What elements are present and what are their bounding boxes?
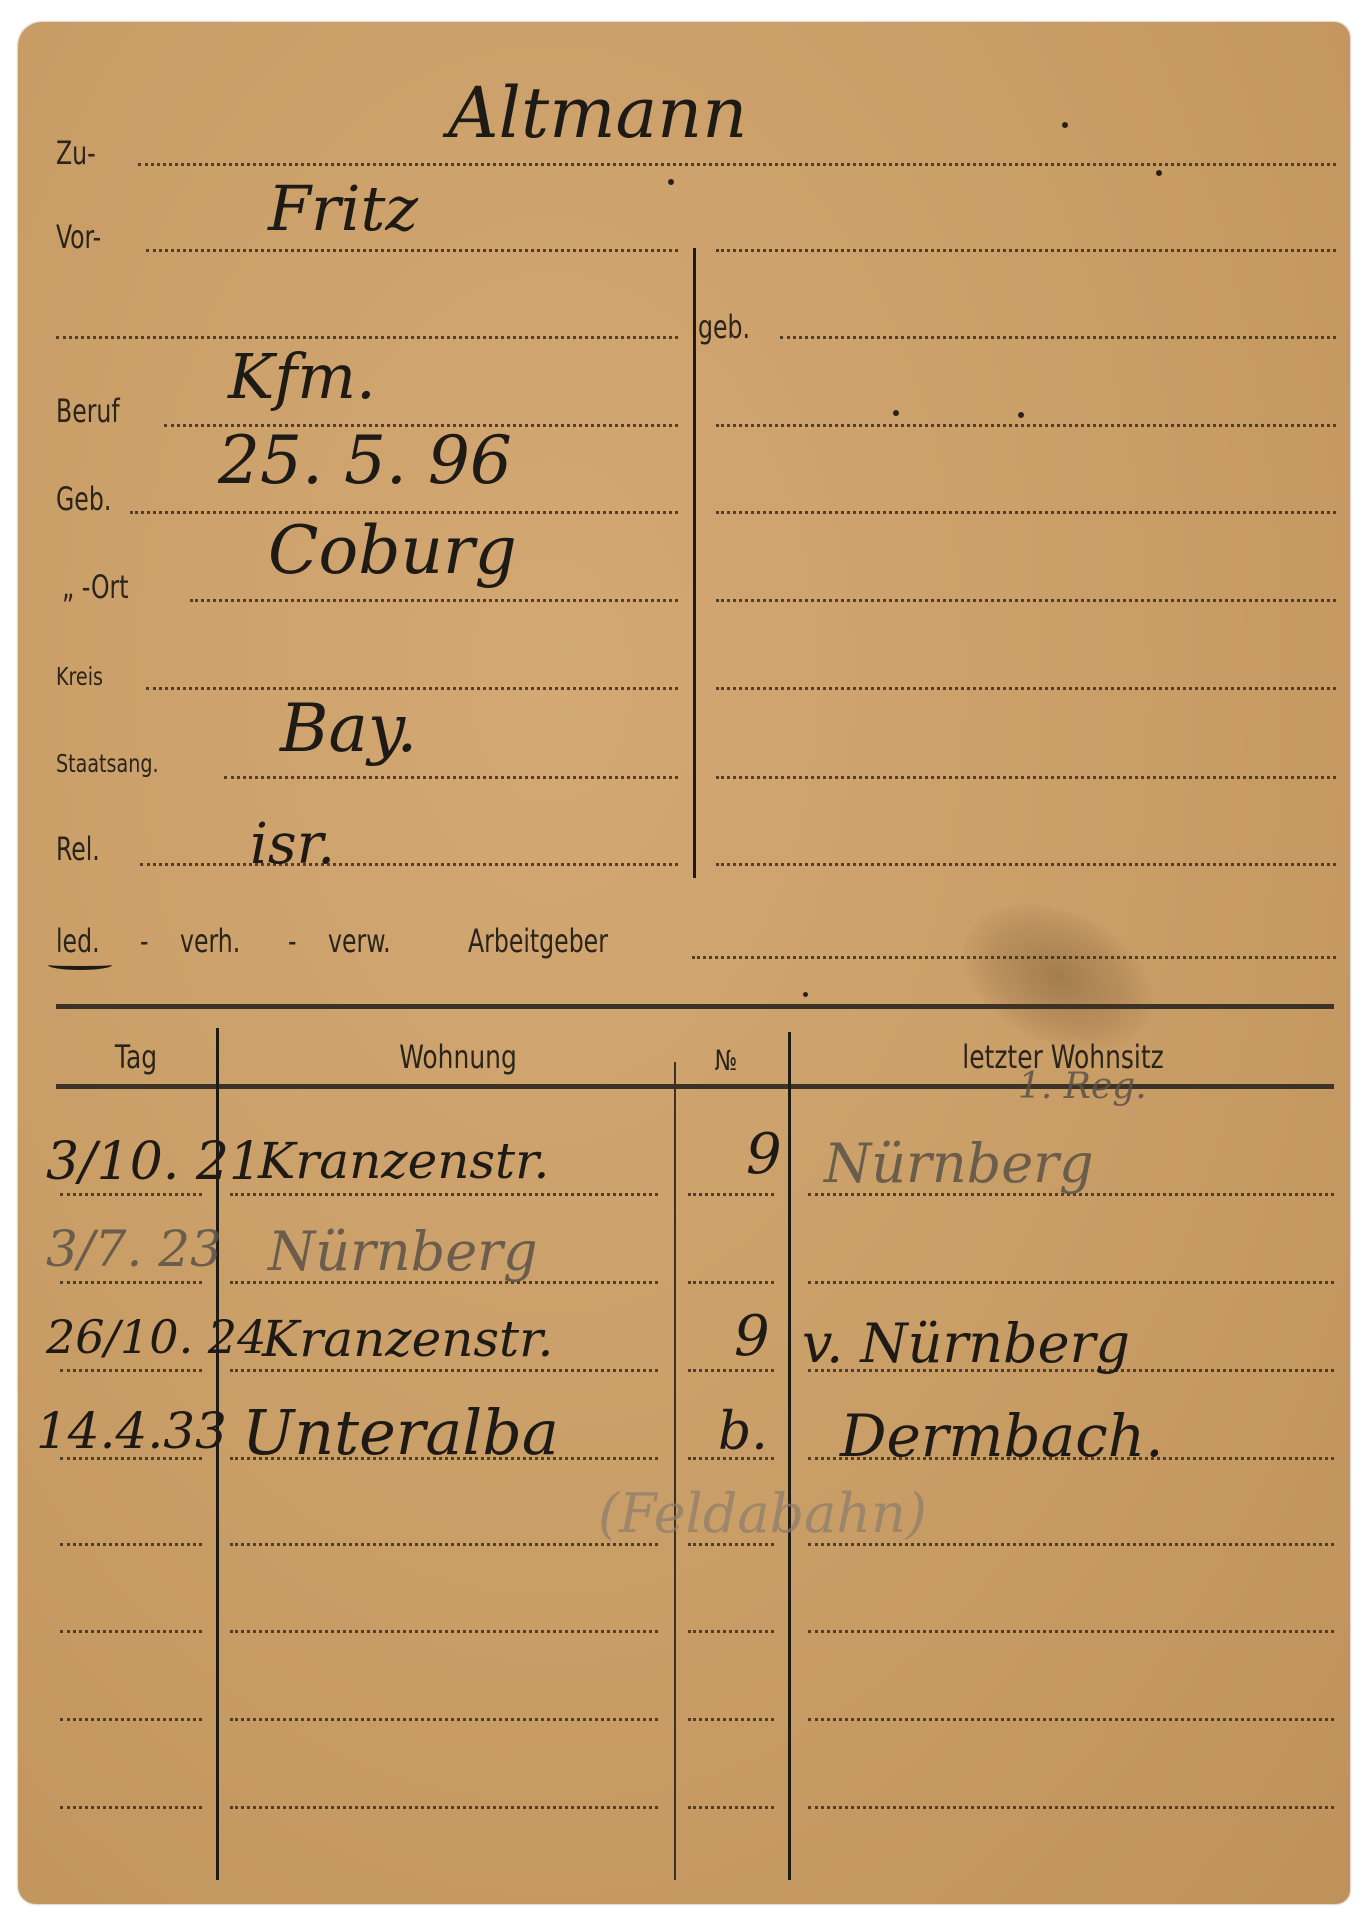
handwritten-first-name: Fritz [268,172,418,245]
line-geb-right [780,336,1336,339]
label-beruf: Beruf [56,392,120,430]
ink-speck [893,410,899,416]
ink-speck [1156,170,1162,176]
line-vor [146,249,678,252]
label-arbeitgeber: Arbeitgeber [468,922,608,960]
handwritten-birth-place: Coburg [268,512,517,589]
cell-nr: b. [718,1402,768,1462]
label-ort: „ -Ort [62,568,128,606]
ink-speck [668,179,674,185]
cell-letzter-wohnsitz: Dermbach. [840,1402,1164,1470]
registration-card: Zu- Altmann Vor- Fritz geb. Beruf Kfm. G… [18,22,1350,1904]
handwritten-religion: isr. [250,812,335,877]
handwritten-state: Bay. [280,690,417,767]
handwritten-surname: Altmann [448,72,747,154]
line-ort-right [716,599,1336,602]
line-zu [138,163,1336,166]
line-rel [140,863,678,866]
ink-speck [803,992,808,997]
line-ort [190,599,678,602]
header-wohnung: Wohnung [318,1038,599,1076]
line-staatsang-right [716,776,1336,779]
line-vor-right [716,249,1336,252]
label-marital-sep2: - [288,922,297,960]
line-geb-right2 [716,511,1336,514]
label-marital-led: led. [56,922,100,960]
cell-wohnung-note: (Feldabahn) [598,1482,927,1545]
label-geb: Geb. [56,480,111,518]
label-geb-right: geb. [698,308,750,346]
cell-nr: 9 [734,1304,770,1369]
top-section-divider [693,248,696,878]
label-staatsang: Staatsang. [56,749,159,778]
marital-led-underline [48,960,112,970]
header-nr: № [695,1044,757,1077]
label-zu: Zu- [56,134,96,172]
cell-tag: 3/7. 23 [46,1220,222,1278]
col-divider-wohnsitz [788,1032,791,1880]
cell-wohnung: Nürnberg [268,1220,538,1283]
line-kreis-right [716,687,1336,690]
cell-note: 1. Reg. [1018,1066,1147,1107]
handwritten-occupation: Kfm. [228,340,376,413]
label-vor: Vor- [56,218,101,256]
label-rel: Rel. [56,830,100,868]
cell-tag: 14.4.33 [36,1402,227,1460]
cell-wohnung: Unteralba [242,1396,559,1469]
line-beruf-right [716,424,1336,427]
label-marital-verh: verh. [180,922,240,960]
ink-speck [1018,412,1024,418]
cell-tag: 3/10. 21 [46,1132,262,1192]
col-divider-nr [674,1062,676,1880]
label-marital-verw: verw. [328,922,391,960]
table-top-rule [56,1004,1334,1009]
line-blank-1 [56,336,678,339]
cell-letzter-wohnsitz: Nürnberg [824,1132,1094,1195]
line-rel-right [716,863,1336,866]
handwritten-birth-date: 25. 5. 96 [218,422,512,499]
line-arbeitgeber [692,956,1336,959]
cell-wohnung: Kranzenstr. [258,1132,549,1190]
line-staatsang [224,776,678,779]
label-kreis: Kreis [56,662,103,691]
cell-wohnung: Kranzenstr. [262,1310,553,1368]
cell-nr: 9 [746,1122,782,1187]
label-marital-sep1: - [140,922,149,960]
header-tag: Tag [89,1038,183,1076]
ink-speck [1062,122,1068,128]
cell-letzter-wohnsitz: v. Nürnberg [802,1312,1130,1375]
cell-tag: 26/10. 24 [46,1310,266,1364]
